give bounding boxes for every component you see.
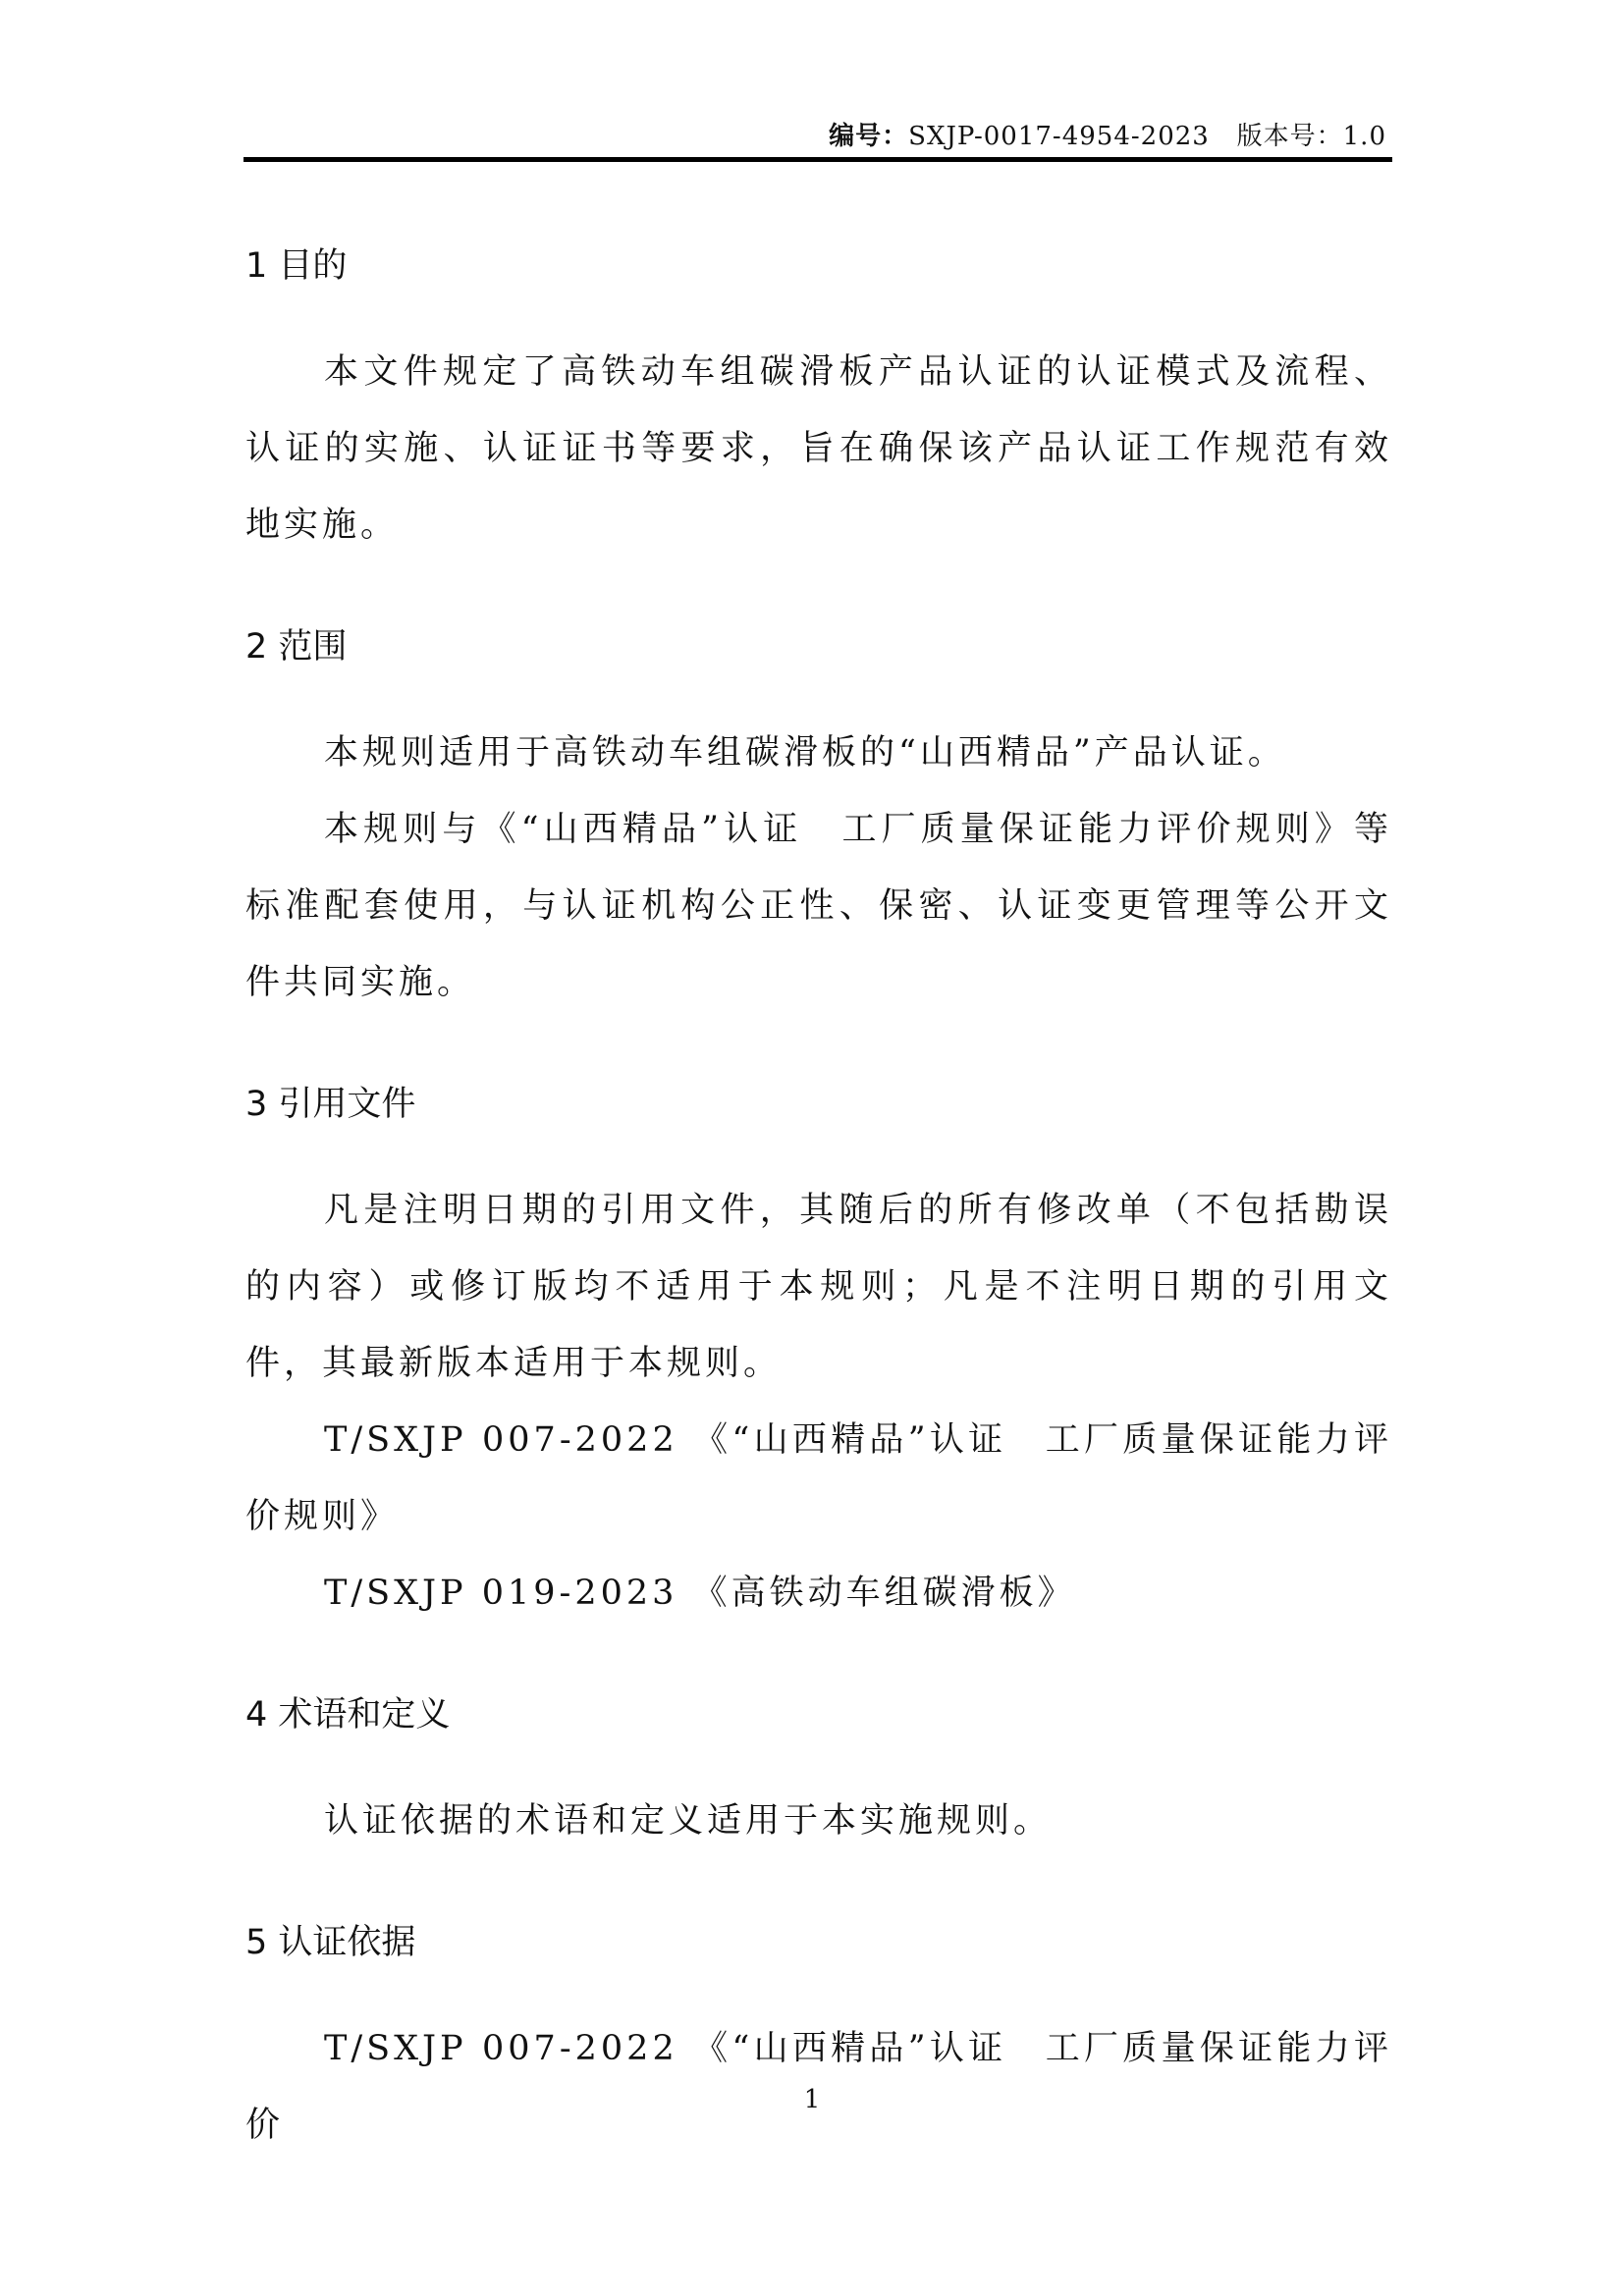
version-label: 版本号：: [1237, 122, 1343, 151]
section-heading: 3 引用文件: [245, 1066, 1392, 1143]
code-label: 编号：: [829, 122, 908, 151]
paragraph: 凡是注明日期的引用文件，其随后的所有修改单（不包括勘误的内容）或修订版均不适用于…: [245, 1172, 1392, 1402]
section-heading: 2 范围: [245, 609, 1392, 685]
section-heading: 4 术语和定义: [245, 1677, 1392, 1753]
version-value: 1.0: [1343, 122, 1386, 151]
section-references: 3 引用文件 凡是注明日期的引用文件，其随后的所有修改单（不包括勘误的内容）或修…: [245, 1066, 1392, 1631]
reference-item: T/SXJP 019-2023 《高铁动车组碳滑板》: [245, 1555, 1392, 1631]
section-scope: 2 范围 本规则适用于高铁动车组碳滑板的“山西精品”产品认证。 本规则与《“山西…: [245, 609, 1392, 1021]
page-number: 1: [0, 2085, 1624, 2114]
document-body: 1 目的 本文件规定了高铁动车组碳滑板产品认证的认证模式及流程、认证的实施、认证…: [245, 228, 1392, 2163]
document-id: 编号：SXJP-0017-4954-2023 版本号：1.0: [829, 116, 1386, 152]
paragraph: 本规则适用于高铁动车组碳滑板的“山西精品”产品认证。: [245, 715, 1392, 791]
code-value: SXJP-0017-4954-2023: [908, 122, 1210, 151]
reference-item: T/SXJP 007-2022 《“山西精品”认证 工厂质量保证能力评价规则》: [245, 1402, 1392, 1555]
section-heading: 1 目的: [245, 228, 1392, 304]
section-basis: 5 认证依据 T/SXJP 007-2022 《“山西精品”认证 工厂质量保证能…: [245, 1904, 1392, 2163]
paragraph: 本规则与《“山西精品”认证 工厂质量保证能力评价规则》等标准配套使用，与认证机构…: [245, 791, 1392, 1021]
paragraph: 认证依据的术语和定义适用于本实施规则。: [245, 1783, 1392, 1859]
page-header: 编号：SXJP-0017-4954-2023 版本号：1.0: [244, 110, 1392, 162]
section-terms: 4 术语和定义 认证依据的术语和定义适用于本实施规则。: [245, 1677, 1392, 1859]
section-heading: 5 认证依据: [245, 1904, 1392, 1981]
section-purpose: 1 目的 本文件规定了高铁动车组碳滑板产品认证的认证模式及流程、认证的实施、认证…: [245, 228, 1392, 563]
paragraph: 本文件规定了高铁动车组碳滑板产品认证的认证模式及流程、认证的实施、认证证书等要求…: [245, 334, 1392, 563]
